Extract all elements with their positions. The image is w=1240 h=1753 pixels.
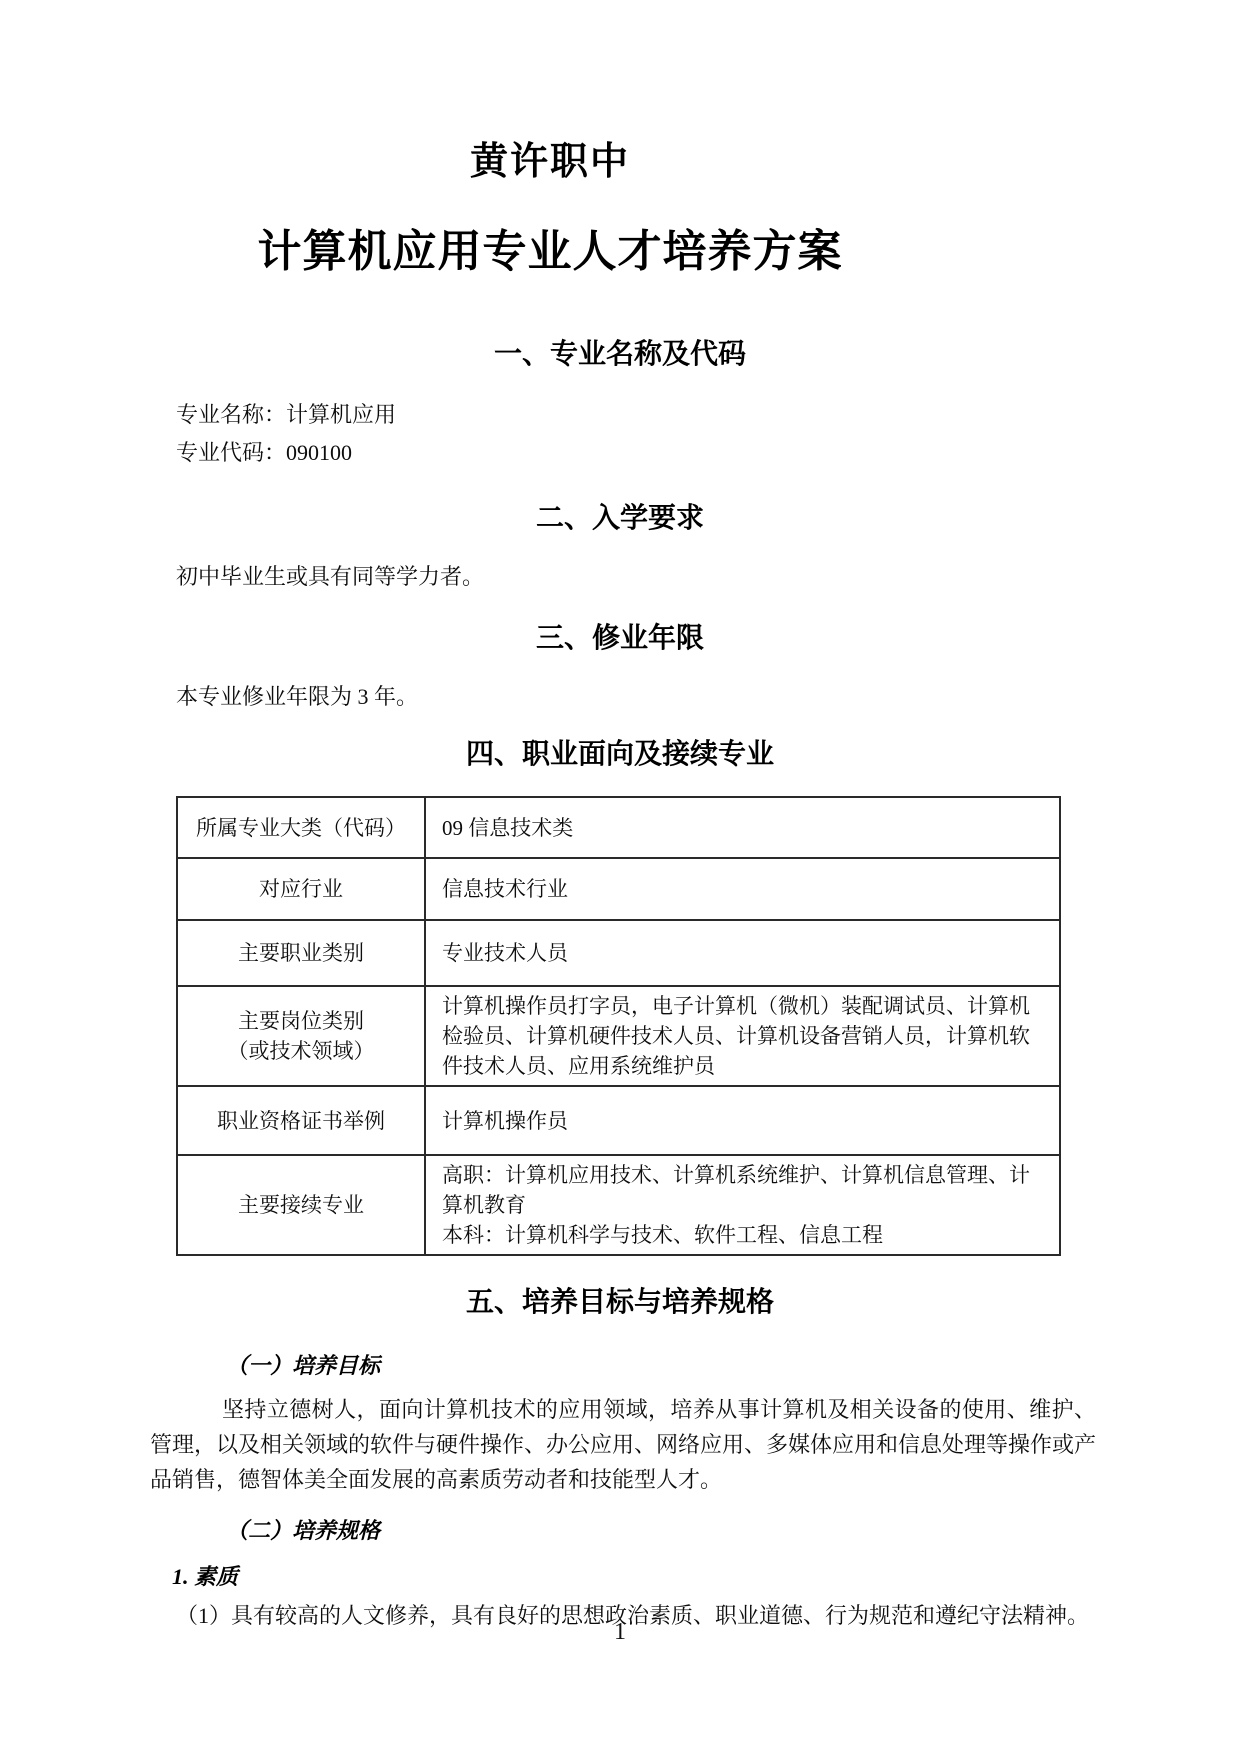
quality-heading: 1. 素质 (172, 1559, 1096, 1595)
major-code-line: 专业代码：090100 (176, 434, 1096, 472)
row-label: 主要接续专业 (177, 1155, 425, 1255)
row-value: 高职：计算机应用技术、计算机系统维护、计算机信息管理、计算机教育 本科：计算机科… (425, 1155, 1060, 1255)
row-value: 09 信息技术类 (425, 797, 1060, 858)
row-value: 信息技术行业 (425, 858, 1060, 920)
row-label: 主要岗位类别 （或技术领域） (177, 986, 425, 1086)
section-heading-training-objectives: 五、培养目标与培养规格 (176, 1282, 1096, 1322)
section-heading-study-years: 三、修业年限 (176, 618, 1096, 658)
row-label-line2: （或技术领域） (184, 1036, 418, 1066)
table-row-occupation-category: 主要职业类别 专业技术人员 (177, 920, 1060, 986)
row-label-line1: 主要岗位类别 (184, 1006, 418, 1036)
subsection-heading-training-goal: （一）培养目标 (226, 1348, 1096, 1384)
row-value: 计算机操作员打字员，电子计算机（微机）装配调试员、计算机检验员、计算机硬件技术人… (425, 986, 1060, 1086)
section-heading-major-name-code: 一、专业名称及代码 (176, 334, 1096, 374)
row-label: 所属专业大类（代码） (177, 797, 425, 858)
row-label: 职业资格证书举例 (177, 1086, 425, 1155)
table-row-post-category: 主要岗位类别 （或技术领域） 计算机操作员打字员，电子计算机（微机）装配调试员、… (177, 986, 1060, 1086)
career-orientation-table: 所属专业大类（代码） 09 信息技术类 对应行业 信息技术行业 主要职业类别 专… (176, 796, 1061, 1256)
section-heading-career-orientation: 四、职业面向及接续专业 (176, 734, 1096, 774)
row-label: 主要职业类别 (177, 920, 425, 986)
table-row-industry: 对应行业 信息技术行业 (177, 858, 1060, 920)
table-row-certificate-example: 职业资格证书举例 计算机操作员 (177, 1086, 1060, 1155)
row-value-line1: 高职：计算机应用技术、计算机系统维护、计算机信息管理、计算机教育 (442, 1160, 1045, 1220)
document-title-main: 计算机应用专业人才培养方案 (176, 222, 1096, 282)
section-heading-admission: 二、入学要求 (176, 498, 1096, 538)
training-goal-paragraph: 坚持立德树人，面向计算机技术的应用领域，培养从事计算机及相关设备的使用、维护、管… (150, 1392, 1096, 1497)
table-row-continuing-majors: 主要接续专业 高职：计算机应用技术、计算机系统维护、计算机信息管理、计算机教育 … (177, 1155, 1060, 1255)
admission-requirement-line: 初中毕业生或具有同等学力者。 (176, 558, 1096, 596)
row-value-line2: 本科：计算机科学与技术、软件工程、信息工程 (442, 1220, 1045, 1250)
row-value: 专业技术人员 (425, 920, 1060, 986)
document-title-school: 黄许职中 (176, 138, 1096, 186)
page-number: 1 (0, 1614, 1240, 1650)
row-label: 对应行业 (177, 858, 425, 920)
table-row-major-category: 所属专业大类（代码） 09 信息技术类 (177, 797, 1060, 858)
subsection-heading-training-spec: （二）培养规格 (226, 1513, 1096, 1549)
row-value: 计算机操作员 (425, 1086, 1060, 1155)
study-years-line: 本专业修业年限为 3 年。 (176, 678, 1096, 716)
major-name-line: 专业名称：计算机应用 (176, 396, 1096, 434)
document-page: 黄许职中 计算机应用专业人才培养方案 一、专业名称及代码 专业名称：计算机应用 … (0, 0, 1240, 1753)
